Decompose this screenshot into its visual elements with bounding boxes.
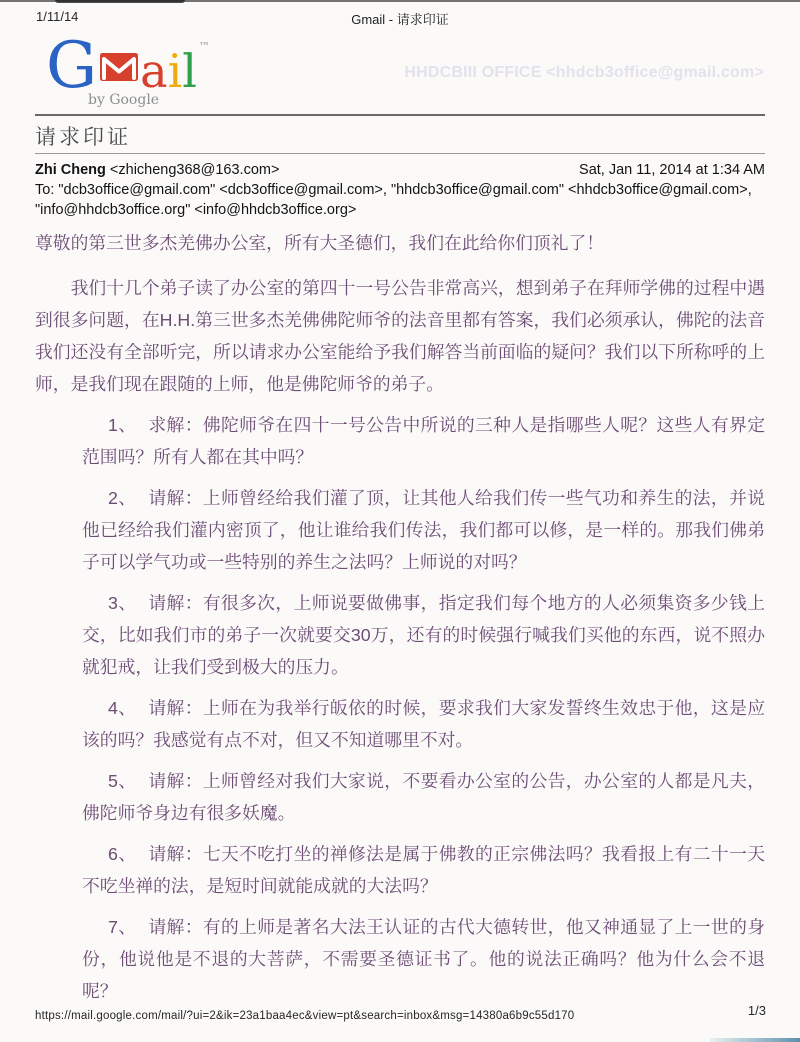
- sender-name: Zhi Cheng: [35, 162, 106, 178]
- subject-divider-top: [35, 114, 765, 116]
- recipients-line-2: "info@hhdcb3office.org" <info@hhdcb3offi…: [35, 200, 765, 220]
- question-item-6: 6、请解：七天不吃打坐的禅修法是属于佛教的正宗佛法吗？我看报上有二十一天不吃坐禅…: [82, 838, 765, 902]
- question-text: 请解：上师在为我举行皈依的时候，要求我们大家发誓终生效忠于他，这是应该的吗？我感…: [82, 698, 765, 750]
- question-item-7: 7、请解：有的上师是著名大法王认证的古代大德转世，他又神通显了上一世的身份，他说…: [82, 911, 765, 1007]
- recipients-line-1: To: "dcb3office@gmail.com" <dcb3office@g…: [35, 180, 765, 200]
- question-text: 请解：上师曾经对我们大家说，不要看办公室的公告，办公室的人都是凡夫，佛陀师爷身边…: [82, 771, 765, 823]
- question-text: 求解：佛陀师爷在四十一号公告中所说的三种人是指哪些人呢？这些人有界定范围吗？所有…: [82, 415, 765, 467]
- message-headers: Zhi Cheng <zhicheng368@163.com> Sat, Jan…: [35, 160, 765, 220]
- logo-byline: by Google: [88, 92, 159, 108]
- question-number: 7、: [108, 917, 136, 937]
- question-number: 4、: [108, 698, 136, 718]
- question-text: 请解：有的上师是著名大法王认证的古代大德转世，他又神通显了上一世的身份，他说他是…: [82, 917, 765, 1001]
- sender-email: <zhicheng368@163.com>: [110, 162, 280, 178]
- logo-letter-g: G: [46, 34, 97, 98]
- message-date: Sat, Jan 11, 2014 at 1:34 AM: [579, 160, 765, 180]
- subject-divider-bottom: [35, 153, 765, 154]
- question-number: 2、: [108, 488, 136, 508]
- from-row: Zhi Cheng <zhicheng368@163.com> Sat, Jan…: [35, 160, 765, 180]
- email-body: 尊敬的第三世多杰羌佛办公室，所有大圣德们，我们在此给你们顶礼了！ 我们十几个弟子…: [35, 227, 765, 1007]
- salutation: 尊敬的第三世多杰羌佛办公室，所有大圣德们，我们在此给你们顶礼了！: [35, 227, 765, 259]
- question-text: 请解：有很多次，上师说要做佛事，指定我们每个地方的人必须集资多少钱上交，比如我们…: [82, 593, 765, 677]
- question-number: 1、: [108, 415, 136, 435]
- gmail-logo: G ail™: [46, 34, 210, 98]
- trademark-symbol: ™: [199, 40, 210, 53]
- sender: Zhi Cheng <zhicheng368@163.com>: [35, 160, 279, 180]
- question-item-2: 2、请解：上师曾经给我们灌了顶，让其他人给我们传一些气功和养生的法，并说他已经给…: [82, 482, 765, 578]
- question-text: 请解：七天不吃打坐的禅修法是属于佛教的正宗佛法吗？我看报上有二十一天不吃坐禅的法…: [82, 844, 765, 896]
- question-number: 6、: [108, 844, 136, 864]
- footer-url: https://mail.google.com/mail/?ui=2&ik=23…: [35, 1010, 574, 1022]
- intro-paragraph: 我们十几个弟子读了办公室的第四十一号公告非常高兴，想到弟子在拜师学佛的过程中遇到…: [35, 272, 765, 400]
- print-title: Gmail - 请求印证: [0, 9, 800, 28]
- question-number: 5、: [108, 771, 136, 791]
- logo-letter-l: l: [182, 44, 197, 98]
- logo-letter-a: a: [140, 44, 167, 98]
- question-text: 请解：上师曾经给我们灌了顶，让其他人给我们传一些气功和养生的法，并说他已经给我们…: [82, 488, 765, 572]
- printed-email-page: 1/11/14 Gmail - 请求印证 G ail™ by Google HH…: [0, 0, 800, 1042]
- scan-color-artifact: [710, 1038, 800, 1042]
- question-item-3: 3、请解：有很多次，上师说要做佛事，指定我们每个地方的人必须集资多少钱上交，比如…: [82, 587, 765, 683]
- account-owner: HHDCBIII OFFICE <hhdcb3office@gmail.com>: [404, 64, 764, 82]
- email-subject: 请求印证: [35, 121, 131, 151]
- page-number: 1/3: [748, 1003, 766, 1018]
- question-item-5: 5、请解：上师曾经对我们大家说，不要看办公室的公告，办公室的人都是凡夫，佛陀师爷…: [82, 765, 765, 829]
- question-item-1: 1、求解：佛陀师爷在四十一号公告中所说的三种人是指哪些人呢？这些人有界定范围吗？…: [82, 409, 765, 473]
- question-number: 3、: [108, 593, 136, 613]
- gmail-envelope-icon: [97, 52, 140, 91]
- scan-edge-smudge: [55, 0, 185, 3]
- question-item-4: 4、请解：上师在为我举行皈依的时候，要求我们大家发誓终生效忠于他，这是应该的吗？…: [82, 692, 765, 756]
- logo-letter-i: i: [168, 44, 183, 98]
